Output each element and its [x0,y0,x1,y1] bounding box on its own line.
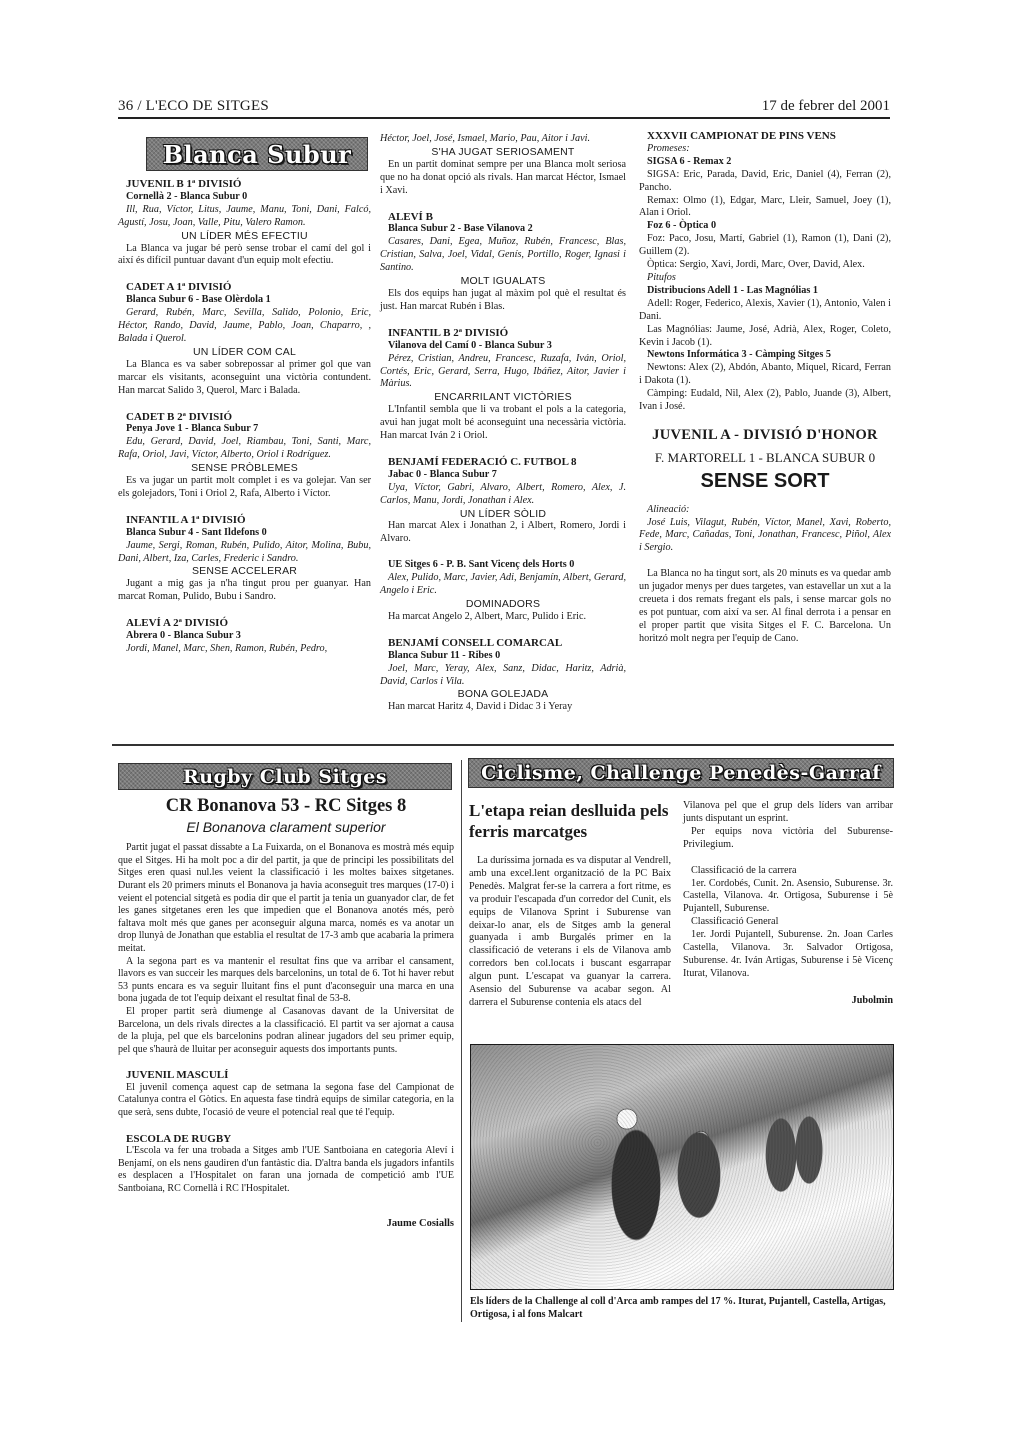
rugby-paragraph: El proper partit serà diumenge al Casano… [118,1006,454,1056]
lineup-players: José Luis, Vilagut, Rubén, Víctor, Manel… [639,517,891,556]
ciclisme-text-teams: Per equips nova victòria del Suburense-P… [683,826,893,852]
report-text: La Blanca va jugar bé però sense trobar … [118,243,371,269]
ciclisme-title: L'etapa reian deslluida pels ferris marc… [469,800,669,842]
match-result: Penya Jove 1 - Blanca Subur 7 [118,423,371,436]
report-text: Han marcat Alex i Jonathan 2, i Albert, … [380,520,626,546]
category-heading: CADET A 1ª DIVISIÓ [118,281,371,294]
photo-caption: Els líders de la Challenge al coll d'Arc… [470,1296,896,1321]
category-heading: INFANTIL A 1ª DIVISIÓ [118,514,371,527]
report-headline: ENCARRILANT VICTÒRIES [380,391,626,404]
player-list: Alex, Pulido, Marc, Javier, Adi, Benjamí… [380,572,626,598]
match-result: Vilanova del Camí 0 - Blanca Subur 3 [380,340,626,353]
category-heading: JUVENIL B 1ª DIVISIÓ [118,178,371,191]
rugby-title: CR Bonanova 53 - RC Sitges 8 [118,800,454,813]
report-text: Es va jugar un partit molt complet i es … [118,475,371,501]
report-text: L'Infantil sembla que li va trobant el p… [380,404,626,443]
report-text: Ha marcat Angelo 2, Albert, Marc, Pulido… [380,611,626,624]
match-report: BENJAMÍ FEDERACIÓ C. FUTBOL 8 Jabac 0 - … [380,456,626,546]
match-result: UE Sitges 6 - P. B. Sant Vicenç dels Hor… [380,559,626,572]
general-classification-text: 1er. Jordi Pujantell, Suburense. 2n. Joa… [683,929,893,981]
match-report: INFANTIL A 1ª DIVISIÓ Blanca Subur 4 - S… [118,514,371,604]
section-heading: ESCOLA DE RUGBY [118,1133,454,1146]
blanca-subur-column-2: Héctor, Joel, José, Ismael, Mario, Pau, … [380,133,626,714]
match-report: ALEVÍ A 2ª DIVISIÓ Abrera 0 - Blanca Sub… [118,617,371,656]
race-classification-text: 1er. Cordobés, Cunit. 2n. Asensio, Subur… [683,878,893,917]
report-text: La Blanca es va saber sobrepossar al pri… [118,359,371,398]
player-list: Pérez, Cristian, Andreu, Francesc, Ruzaf… [380,353,626,392]
issue-date: 17 de febrer del 2001 [762,98,890,115]
blanca-subur-banner: Blanca Subur [146,137,368,171]
match-result: Distribucions Adell 1 - Las Magnólias 1 [639,285,891,298]
player-list: Uya, Víctor, Gabri, Alvaro, Albert, Rome… [380,482,626,508]
report-headline: DOMINADORS [380,598,626,611]
report-headline: SENSE PRÒBLEMES [118,462,371,475]
team-lineup: Adell: Roger, Federico, Alexis, Xavier (… [639,298,891,324]
match-report-continuation: Héctor, Joel, José, Ismael, Mario, Pau, … [380,133,626,198]
rugby-paragraph: A la segona part es va mantenir el resul… [118,956,454,1006]
match-result: Blanca Subur 2 - Base Vilanova 2 [380,223,626,236]
newspaper-page: 36 / L'ECO DE SITGES 17 de febrer del 20… [0,0,1024,1449]
juvenil-a-report: La Blanca no ha tingut sort, als 20 minu… [639,568,891,645]
blanca-subur-column-1: JUVENIL B 1ª DIVISIÓ Cornellà 2 - Blanca… [118,178,371,656]
match-result: Blanca Subur 4 - Sant Ildefons 0 [118,527,371,540]
report-headline: SENSE ACCELERAR [118,565,371,578]
match-result: Cornellà 2 - Blanca Subur 0 [118,191,371,204]
match-result: SIGSA 6 - Remax 2 [639,156,891,169]
ciclisme-column-right: Vilanova pel que el grup dels líders van… [683,800,893,1008]
group-label-pitufos: Pitufos [639,272,891,285]
report-text: En un partit dominat sempre per una Blan… [380,159,626,198]
ciclisme-text: La duríssima jornada es va disputar al V… [469,855,671,1010]
report-headline: UN LÍDER SÒLID [380,508,626,521]
lineup-label: Alineació: [639,504,891,517]
report-headline: UN LÍDER COM CAL [118,346,371,359]
group-label-promeses: Promeses: [639,143,891,156]
ciclisme-text-continued: Vilanova pel que el grup dels líders van… [683,800,893,826]
section-divider [112,744,894,746]
player-list: Joel, Marc, Yeray, Alex, Sanz, Didac, Ha… [380,663,626,689]
rugby-article: CR Bonanova 53 - RC Sitges 8 El Bonanova… [118,800,454,1230]
report-text: Han marcat Haritz 4, David i Didac 3 i Y… [380,701,626,714]
ciclisme-author: Jubolmin [683,995,893,1008]
rugby-paragraph: Partit jugat el passat dissabte a La Fui… [118,842,454,955]
team-lineup: Remax: Olmo (1), Edgar, Marc, Lleir, Sam… [639,195,891,221]
player-list: Jaume, Sergi, Roman, Rubén, Pulido, Aito… [118,540,371,566]
report-headline: BONA GOLEJADA [380,688,626,701]
category-heading: ALEVÍ A 2ª DIVISIÓ [118,617,371,630]
rugby-subtitle: El Bonanova clarament superior [118,821,454,834]
player-list: Casares, Dani, Egea, Muñoz, Rubén, Franc… [380,236,626,275]
category-heading: ALEVÍ B [380,211,626,224]
juvenil-a-result: F. MARTORELL 1 - BLANCA SUBUR 0 [639,452,891,465]
match-result: Newtons Informática 3 - Càmping Sitges 5 [639,349,891,362]
match-result: Jabac 0 - Blanca Subur 7 [380,469,626,482]
match-result: Blanca Subur 6 - Base Olèrdola 1 [118,294,371,307]
rugby-author: Jaume Cosialls [118,1218,454,1231]
player-list: Jordi, Manel, Marc, Shen, Ramon, Rubén, … [118,643,371,656]
ciclisme-banner: Ciclisme, Challenge Penedès-Garraf [468,758,894,788]
player-list: Ill, Rua, Víctor, Litus, Jaume, Manu, To… [118,204,371,230]
match-result: Blanca Subur 11 - Ribes 0 [380,650,626,663]
player-list: Edu, Gerard, David, Joel, Riambau, Toni,… [118,436,371,462]
section-text: El juvenil comença aquest cap de setmana… [118,1082,454,1120]
section-text: L'Escola va fer una trobada a Sitges amb… [118,1145,454,1195]
team-lineup: Foz: Paco, Josu, Martí, Gabriel (1), Ram… [639,233,891,259]
category-heading: CADET B 2ª DIVISIÓ [118,411,371,424]
match-report: CADET B 2ª DIVISIÓ Penya Jove 1 - Blanca… [118,411,371,501]
match-result: Foz 6 - Òptica 0 [639,220,891,233]
report-headline: S'HA JUGAT SERIOSAMENT [380,146,626,159]
team-lineup: Las Magnólias: Jaume, José, Adrià, Alex,… [639,324,891,350]
rugby-section: ESCOLA DE RUGBY L'Escola va fer una trob… [118,1133,454,1196]
match-report: INFANTIL B 2ª DIVISIÓ Vilanova del Camí … [380,327,626,443]
report-headline: MOLT IGUALATS [380,275,626,288]
report-text: Els dos equips han jugat al màxim pol qu… [380,288,626,314]
match-report: UE Sitges 6 - P. B. Sant Vicenç dels Hor… [380,559,626,624]
player-list: Gerard, Rubén, Marc, Sevilla, Salido, Po… [118,307,371,346]
category-heading: BENJAMÍ FEDERACIÓ C. FUTBOL 8 [380,456,626,469]
category-heading: INFANTIL B 2ª DIVISIÓ [380,327,626,340]
page-number-publication: 36 / L'ECO DE SITGES [118,98,269,115]
race-classification-heading: Classificació de la carrera [683,865,893,878]
report-text: Jugant a mig gas ja n'ha tingut prou per… [118,578,371,604]
category-heading: BENJAMÍ CONSELL COMARCAL [380,637,626,650]
match-result: Abrera 0 - Blanca Subur 3 [118,630,371,643]
team-lineup: Càmping: Eudald, Nil, Alex (2), Pablo, J… [639,388,891,414]
ciclisme-column-left: La duríssima jornada es va disputar al V… [469,855,671,1010]
rugby-banner: Rugby Club Sitges [118,763,452,790]
team-lineup: SIGSA: Eric, Parada, David, Eric, Daniel… [639,169,891,195]
column-divider [461,760,462,1322]
tournament-title: XXXVII CAMPIONAT DE PINS VENS [639,130,891,143]
juvenil-a-title: JUVENIL A - DIVISIÓ D'HONOR [639,429,891,442]
match-report: ALEVÍ B Blanca Subur 2 - Base Vilanova 2… [380,211,626,314]
rugby-section: JUVENIL MASCULÍ El juvenil comença aques… [118,1069,454,1119]
match-report: CADET A 1ª DIVISIÓ Blanca Subur 6 - Base… [118,281,371,397]
team-lineup: Newtons: Alex (2), Abdón, Abanto, Miquel… [639,362,891,388]
match-report: JUVENIL B 1ª DIVISIÓ Cornellà 2 - Blanca… [118,178,371,268]
race-classification: Classificació de la carrera 1er. Cordobé… [683,865,893,981]
report-headline: UN LÍDER MÉS EFECTIU [118,230,371,243]
team-lineup: Òptica: Sergio, Xavi, Jordi, Marc, Over,… [639,259,891,272]
cyclists-photo [470,1044,894,1290]
match-report: BENJAMÍ CONSELL COMARCAL Blanca Subur 11… [380,637,626,714]
juvenil-a-headline: SENSE SORT [639,475,891,488]
player-list: Héctor, Joel, José, Ismael, Mario, Pau, … [380,133,626,146]
section-heading: JUVENIL MASCULÍ [118,1069,454,1082]
pins-vens-column: XXXVII CAMPIONAT DE PINS VENS Promeses: … [639,130,891,646]
page-header: 36 / L'ECO DE SITGES 17 de febrer del 20… [118,99,890,119]
general-classification-heading: Classificació General [683,916,893,929]
